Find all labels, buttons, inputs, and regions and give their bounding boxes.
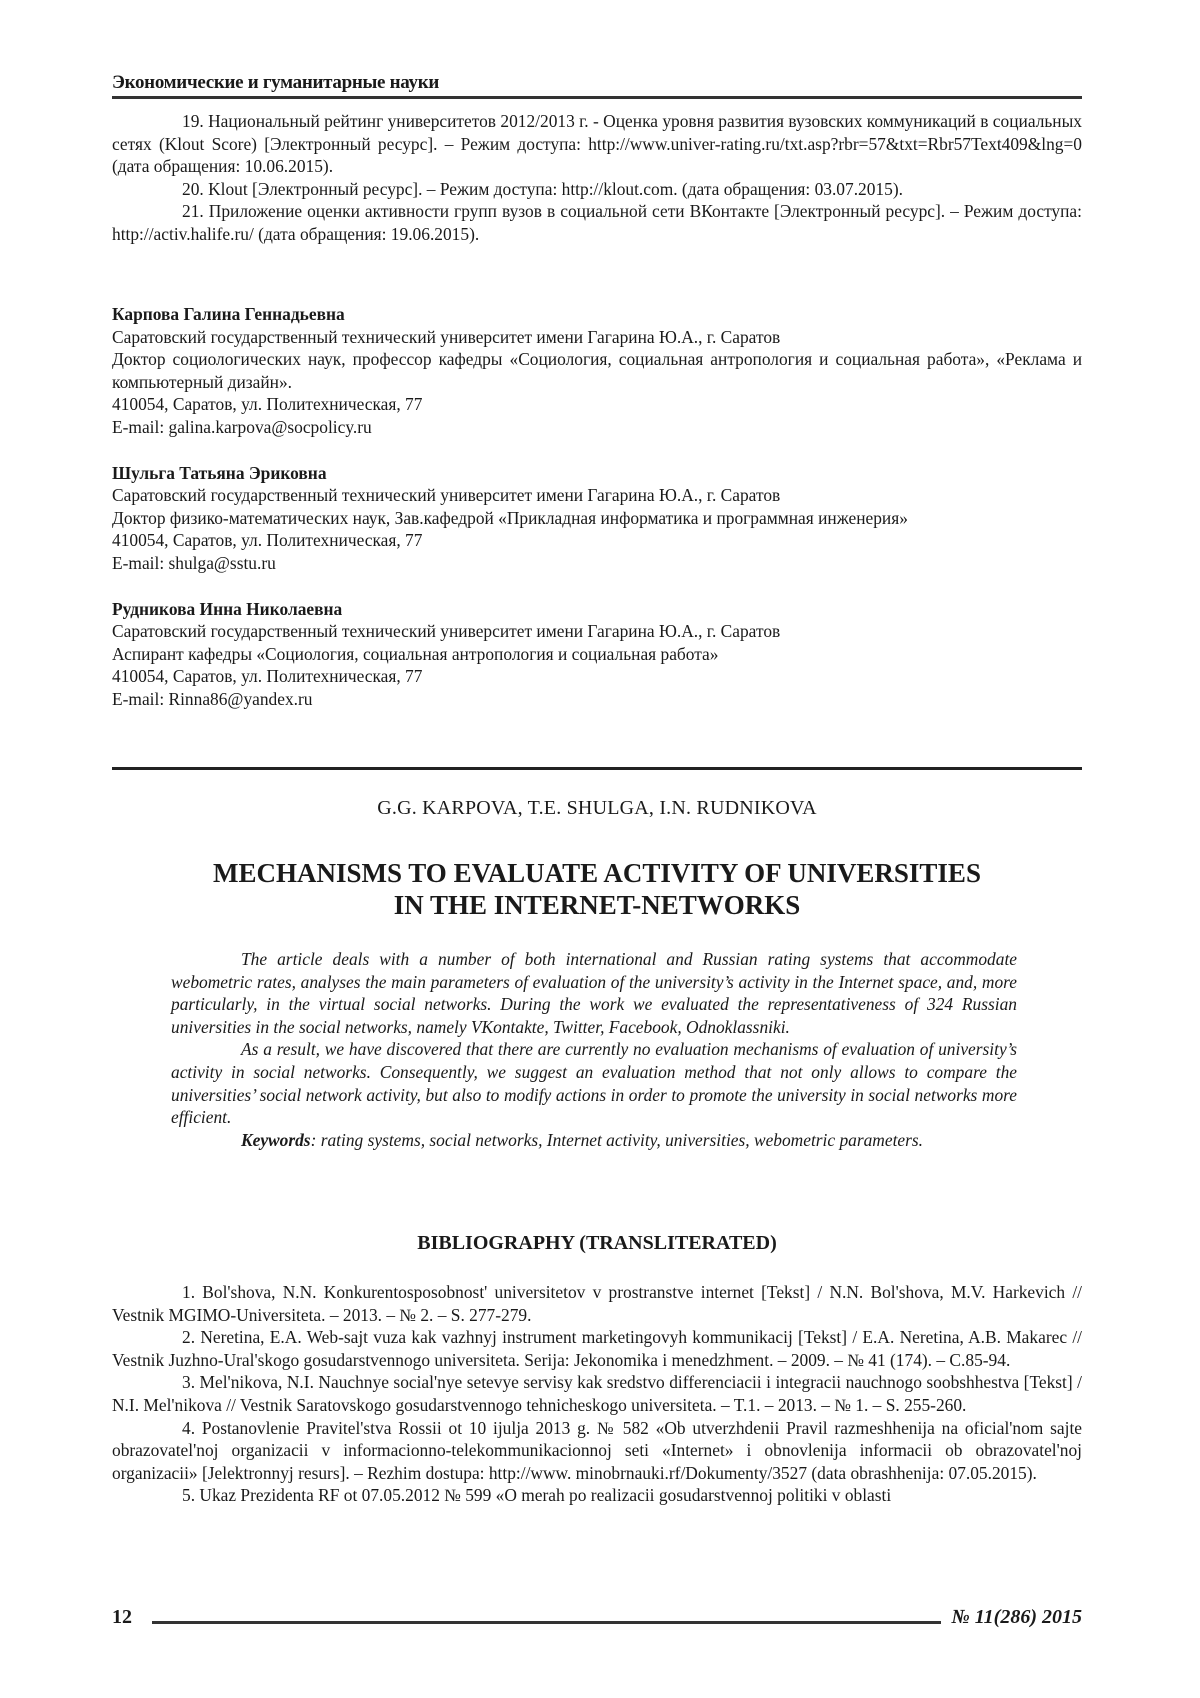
author-block: Шульга Татьяна Эриковна Саратовский госу… xyxy=(112,462,1082,575)
author-block: Карпова Галина Геннадьевна Саратовский г… xyxy=(112,303,1082,439)
bibliography-item: 5. Ukaz Prezidenta RF ot 07.05.2012 № 59… xyxy=(112,1484,1082,1507)
author-name: Рудникова Инна Николаевна xyxy=(112,598,1082,621)
author-name: Карпова Галина Геннадьевна xyxy=(112,303,1082,326)
page-number: 12 xyxy=(112,1607,132,1627)
author-email: E-mail: Rinna86@yandex.ru xyxy=(112,688,1082,711)
reference-item: 19. Национальный рейтинг университетов 2… xyxy=(112,110,1082,178)
bibliography-item: 4. Postanovlenie Pravitel'stva Rossii ot… xyxy=(112,1417,1082,1485)
author-affiliation: Саратовский государственный технический … xyxy=(112,620,1082,643)
author-position: Аспирант кафедры «Социология, социальная… xyxy=(112,643,1082,666)
abstract-paragraph: As a result, we have discovered that the… xyxy=(171,1038,1017,1128)
running-head: Экономические и гуманитарные науки xyxy=(112,72,1082,99)
author-affiliation: Саратовский государственный технический … xyxy=(112,326,1082,349)
keywords-text: : rating systems, social networks, Inter… xyxy=(311,1130,923,1150)
bibliography-item: 2. Neretina, E.A. Web-sajt vuza kak vazh… xyxy=(112,1326,1082,1371)
author-address: 410054, Саратов, ул. Политехническая, 77 xyxy=(112,529,1082,552)
author-email: E-mail: shulga@sstu.ru xyxy=(112,552,1082,575)
references-ru: 19. Национальный рейтинг университетов 2… xyxy=(112,110,1082,246)
bibliography-item: 3. Mel'nikova, N.I. Nauchnye social'nye … xyxy=(112,1371,1082,1416)
bibliography-title: BIBLIOGRAPHY (TRANSLITERATED) xyxy=(112,1232,1082,1255)
author-affiliation: Саратовский государственный технический … xyxy=(112,484,1082,507)
bibliography: 1. Bol'shova, N.N. Konkurentosposobnost'… xyxy=(112,1281,1082,1507)
title-line: MECHANISMS TO EVALUATE ACTIVITY OF UNIVE… xyxy=(112,857,1082,889)
keywords-label: Keywords xyxy=(241,1130,311,1150)
authors-en: G.G. KARPOVA, T.E. SHULGA, I.N. RUDNIKOV… xyxy=(112,797,1082,820)
author-address: 410054, Саратов, ул. Политехническая, 77 xyxy=(112,665,1082,688)
reference-item: 20. Klout [Электронный ресурс]. – Режим … xyxy=(112,178,1082,201)
author-email: E-mail: galina.karpova@socpolicy.ru xyxy=(112,416,1082,439)
reference-item: 21. Приложение оценки активности групп в… xyxy=(112,200,1082,245)
article-title: MECHANISMS TO EVALUATE ACTIVITY OF UNIVE… xyxy=(112,857,1082,921)
author-position: Доктор социологических наук, профессор к… xyxy=(112,348,1082,393)
bibliography-item: 1. Bol'shova, N.N. Konkurentosposobnost'… xyxy=(112,1281,1082,1326)
page-footer: 12 № 11(286) 2015 xyxy=(112,1603,1082,1627)
keywords: Keywords: rating systems, social network… xyxy=(171,1129,1017,1152)
title-line: IN THE INTERNET-NETWORKS xyxy=(112,889,1082,921)
footer-rule xyxy=(152,1621,941,1624)
author-name: Шульга Татьяна Эриковна xyxy=(112,462,1082,485)
author-position: Доктор физико-математических наук, Зав.к… xyxy=(112,507,1082,530)
abstract: The article deals with a number of both … xyxy=(171,948,1017,1151)
issue-number: № 11(286) 2015 xyxy=(951,1607,1082,1627)
section-divider xyxy=(112,767,1082,770)
abstract-paragraph: The article deals with a number of both … xyxy=(171,948,1017,1038)
author-info-ru: Карпова Галина Геннадьевна Саратовский г… xyxy=(112,303,1082,734)
author-address: 410054, Саратов, ул. Политехническая, 77 xyxy=(112,393,1082,416)
author-block: Рудникова Инна Николаевна Саратовский го… xyxy=(112,598,1082,711)
